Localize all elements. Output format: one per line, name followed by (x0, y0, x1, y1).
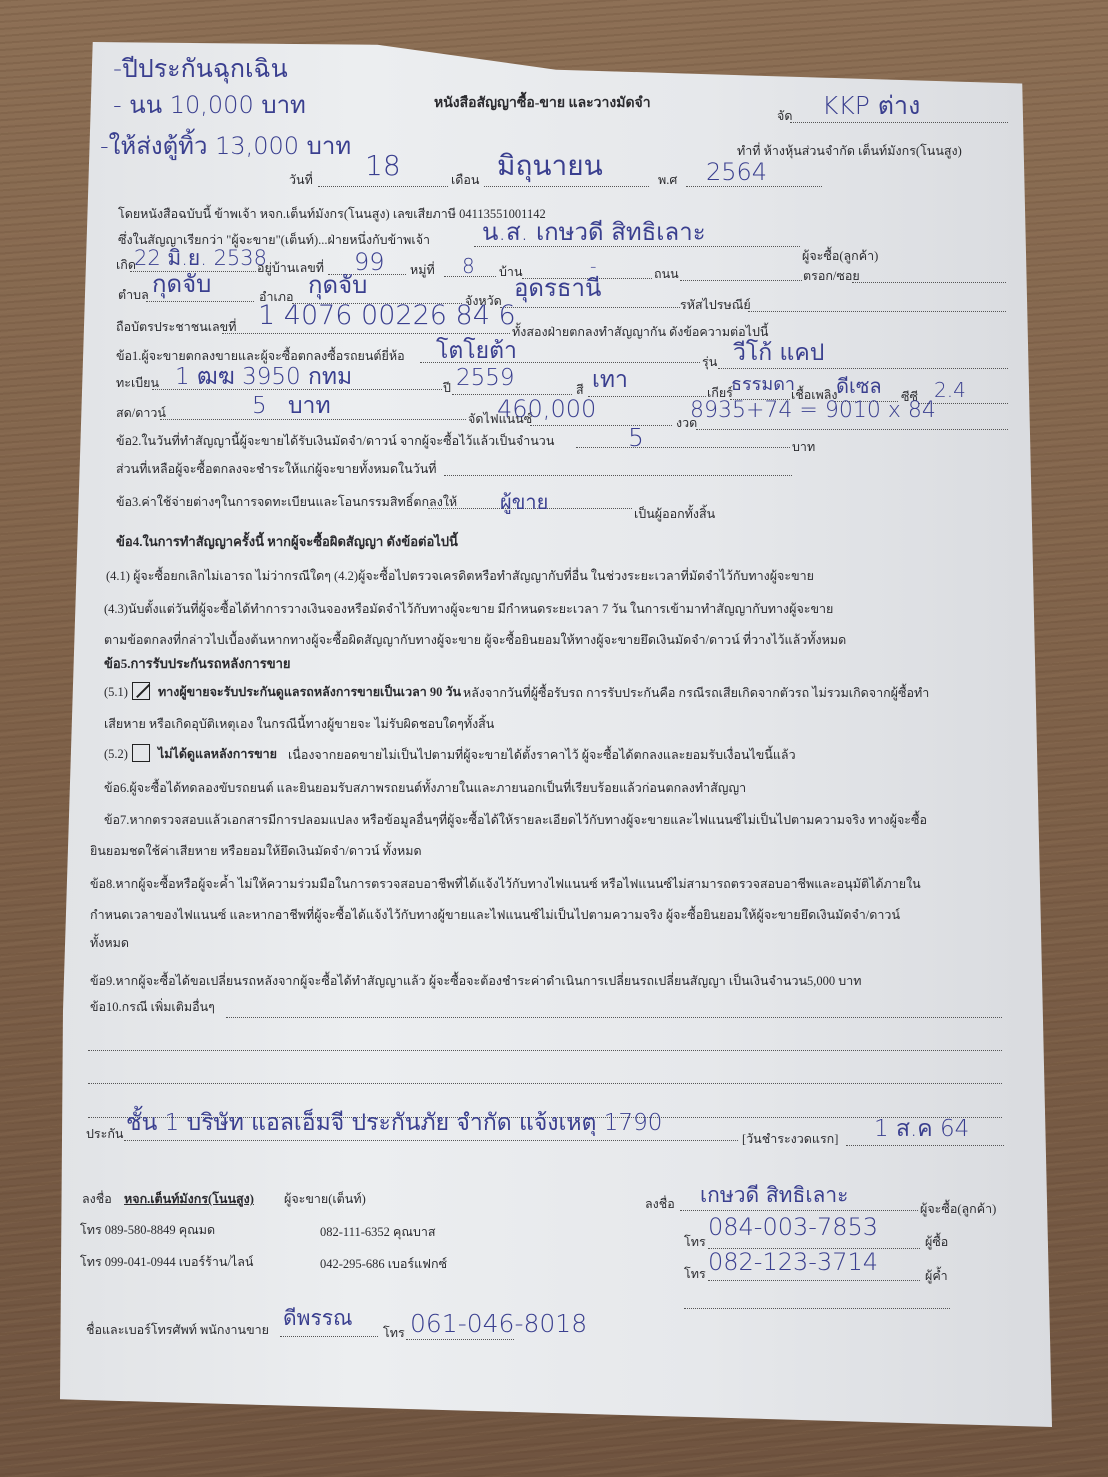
clause-4-3b: ตามข้อตกลงที่กล่าวไปเบื้องต้นหากทางผู้จะ… (104, 634, 846, 647)
buyer-phone-label: โทร (684, 1236, 706, 1249)
clause-8a: ข้อ8.หากผู้จะซื้อหรือผู้จะค้ำ ไม่ให้ความ… (90, 878, 921, 891)
id-label: ถือบัตรประชาชนเลขที่ (116, 321, 236, 334)
car-cc: 2.4 (934, 380, 966, 400)
first-payment-line (846, 1145, 1004, 1146)
agree-text: ทั้งสองฝ่ายตกลงทำสัญญากัน ดังข้อความต่อไ… (512, 326, 768, 339)
down-line (160, 419, 466, 420)
moo-label: หมู่ที่ (410, 264, 435, 277)
car-fuel: ดีเซล (836, 376, 882, 396)
staff-name-line (280, 1336, 378, 1337)
clause-10-line-2 (88, 1050, 1002, 1051)
finance-line (790, 122, 1008, 123)
buyer-sign-role: ผู้จะซื้อ(ลูกค้า) (920, 1203, 996, 1216)
margin-note-2: - นน 10,000 บาท (113, 93, 306, 117)
alley-line (852, 282, 1006, 283)
finance-label: จัด (777, 110, 792, 123)
car-gear: ธรรมดา (731, 376, 795, 394)
clause-8c: ทั้งหมด (90, 937, 129, 950)
clause-10: ข้อ10.กรณี เพิ่มเติมอื่นๆ (90, 1001, 215, 1014)
clause-5-2-bold: ไม่ได้ดูแลหลังการขาย (158, 748, 277, 761)
clause-3-suffix: เป็นผู้ออกทั้งสิ้น (634, 508, 715, 521)
deposit-amount: 5 (628, 425, 644, 450)
staff-phone-label: โทร (383, 1327, 405, 1340)
day-label: วันที่ (289, 174, 313, 187)
staff-phone-line (406, 1339, 514, 1340)
guarantor-phone-line (708, 1280, 920, 1281)
warranty-90-days-checkbox[interactable] (132, 682, 150, 700)
clause-4-1: (4.1) ผู้จะซื้อยกเลิกไม่เอารถ ไม่ว่ากรณี… (106, 570, 814, 583)
subdistrict-value: กุดจับ (152, 272, 211, 296)
buyer-sign-line (680, 1210, 918, 1211)
reg-label: ทะเบียน (116, 377, 159, 390)
seller-phone-1: โทร 089-580-8849 คุณมด (80, 1224, 215, 1237)
down-payment: 5 บาท (252, 395, 331, 418)
down-label: สด/ดาวน์ (116, 407, 166, 420)
deposit-line (576, 447, 790, 448)
clause-8b: กำหนดเวลาของไฟแนนซ์ และหากอาชีพที่ผู้จะซ… (90, 909, 900, 922)
color-line (588, 396, 706, 397)
seller-phone-2-extra: 042-295-686 เบอร์แฟกซ์ (320, 1258, 447, 1271)
car-year-label: ปี (443, 382, 451, 395)
road-label: ถนน (654, 268, 679, 281)
clause-7a: ข้อ7.หากตรวจสอบแล้วเอกสารมีการปลอมแปลง ห… (104, 814, 927, 827)
seller-name: หจก.เต็นท์มังกร(โนนสูง) (124, 1193, 254, 1206)
staff-name: ดีพรรณ (283, 1308, 353, 1329)
guarantor-phone-label: โทร (684, 1268, 706, 1281)
clause-10-line-3 (88, 1083, 1002, 1084)
margin-note-1: -ปีประกันฉุกเฉิน (113, 56, 288, 81)
clause-2-rest: ส่วนที่เหลือผู้จะซื้อตกลงจะชำระให้แก่ผู้… (116, 463, 437, 476)
seller-role: ผู้จะขาย(เต็นท์) (284, 1193, 366, 1206)
year-line (686, 186, 822, 187)
year-label: พ.ศ (658, 174, 677, 187)
birth-value: 22 มิ.ย. 2538 (134, 248, 267, 269)
buyer-phone: 084-003-7853 (708, 1215, 878, 1239)
clause-4-title: ข้อ4.ในการทำสัญญาครั้งนี้ หากผู้จะซื้อผิ… (116, 535, 458, 548)
clause-5-1-text2: เสียหาย หรือเกิดอุบัติเหตุเอง ในกรณีนี้ท… (104, 718, 494, 731)
clause-6: ข้อ6.ผู้จะซื้อได้ทดลองขับรถยนต์ และยินยอ… (104, 782, 746, 795)
car-color: เทา (592, 369, 628, 392)
clause-4-3a: (4.3)นับตั้งแต่วันที่ผู้จะซื้อได้ทำการวา… (104, 603, 833, 616)
id-line (222, 333, 510, 334)
day-value: 18 (365, 152, 401, 180)
car-brand: โตโยต้า (436, 340, 517, 363)
clause-3-text: ข้อ3.ค่าใช้จ่ายต่างๆในการจดทะเบียนและโอน… (116, 496, 457, 509)
clause-5-2-label: (5.2) (104, 748, 128, 761)
clause-1-label: ข้อ1.ผู้จะขายตกลงขายและผู้จะซื้อตกลงซื้อ… (116, 350, 405, 363)
insurance-line (124, 1140, 738, 1141)
district-value: กุดจับ (308, 273, 367, 297)
clause-9: ข้อ9.หากผู้จะซื้อได้ขอเปลี่ยนรถหลังจากผู… (90, 975, 861, 988)
model-label: รุ่น (702, 356, 717, 369)
province-line (500, 307, 680, 308)
car-registration: 1 ฒฆ 3950 กทม (175, 366, 352, 389)
province-value: อุดรธานี (514, 276, 601, 300)
buyer-role-label: ผู้จะซื้อ(ลูกค้า) (802, 250, 878, 263)
staff-label: ชื่อและเบอร์โทรศัพท์ พนักงานขาย (86, 1324, 269, 1337)
deposit-unit: บาท (792, 441, 815, 454)
clause-2-text: ข้อ2.ในวันที่ทำสัญญานี้ผู้จะขายได้รับเงิ… (116, 435, 554, 448)
clause-5-1-text: หลังจากวันที่ผู้ซื้อรับรถ การรับประกันคื… (463, 687, 929, 700)
first-payment-label: [วันชำระงวดแรก] (742, 1133, 838, 1146)
finance-amount-line (530, 425, 672, 426)
postcode-line (748, 311, 1006, 312)
staff-phone: 061-046-8018 (410, 1311, 587, 1336)
seller-phone-2: โทร 099-041-0944 เบอร์ร้าน/ไลน์ (80, 1256, 253, 1269)
car-year: 2559 (456, 367, 515, 390)
insurance-value: ชั้น 1 บริษัท แอลเอ็มจี ประกันภัย จำกัด … (126, 1112, 662, 1135)
subdistrict-line (146, 301, 254, 302)
buyer-sign-label: ลงชื่อ (645, 1198, 675, 1211)
fee-payer: ผู้ขาย (500, 492, 548, 512)
clause-5-1-bold: ทางผู้ขายจะรับประกันดูแลรถหลังการขายเป็น… (158, 686, 461, 699)
buyer-signature: เกษวดี สิทธิเลาะ (700, 1185, 848, 1206)
clause-10-line-1 (226, 1017, 1002, 1018)
month-value: มิถุนายน (497, 152, 603, 180)
buyer-name: น.ส. เกษวดี สิทธิเลาะ (482, 220, 706, 244)
moo-value: 8 (462, 256, 475, 276)
birth-label: เกิด (116, 259, 136, 272)
guarantor-phone: 082-123-3714 (708, 1250, 878, 1274)
first-payment-date: 1 ส.ค 64 (874, 1118, 969, 1141)
document-title: หนังสือสัญญาซื้อ-ขาย และวางมัดจำ (434, 97, 651, 111)
day-line (318, 186, 448, 187)
clause-5-1-label: (5.1) (104, 686, 128, 699)
year-value: 2564 (706, 160, 767, 184)
car-model: วีโก้ แคป (733, 342, 824, 365)
seller-sign-label: ลงชื่อ (82, 1193, 112, 1206)
place-label: ทำที่ ห้างหุ้นส่วนจำกัด เต็นท์มังกร(โนนส… (737, 145, 962, 158)
id-number: 1 4076 00226 84 6 (258, 302, 516, 329)
clause-7b: ยินยอมชดใช้ค่าเสียหาย หรือยอมให้ยึดเงินม… (90, 845, 422, 858)
installment-value: 8935+74 = 9010 x 84 (690, 400, 936, 422)
seller-phone-1-extra: 082-111-6352 คุณบาส (320, 1226, 436, 1239)
buyer-name-line (474, 246, 800, 247)
extra-sign-line (684, 1308, 950, 1309)
buyer-phone-role: ผู้ซื้อ (925, 1236, 948, 1249)
alley-label: ตรอก/ซอย (803, 270, 860, 283)
no-warranty-checkbox[interactable] (132, 744, 150, 762)
clause-5-title: ข้อ5.การรับประกันรถหลังการขาย (104, 657, 291, 670)
seller-clause: ซึ่งในสัญญาเรียกว่า "ผู้จะขาย"(เต็นท์)..… (118, 234, 430, 247)
road-line (680, 280, 802, 281)
subdistrict-label: ตำบล (118, 289, 149, 302)
model-line (718, 368, 1008, 369)
installment-line (696, 429, 1008, 430)
month-label: เดือน (451, 174, 479, 187)
finance-amount: 460,000 (497, 397, 596, 421)
month-line (484, 186, 649, 187)
finance-company: KKP ต่าง (822, 93, 920, 118)
margin-note-3: -ให้ส่งตู้ทิ้ว 13,000 บาท (100, 134, 351, 158)
insurance-label: ประกัน (86, 1128, 123, 1141)
clause-5-2-text: เนื่องจากยอดขายไม่เป็นไปตามที่ผู้จะขายได… (288, 749, 796, 762)
postcode-label: รหัสไปรษณีย์ (680, 299, 751, 312)
rest-date-line (444, 475, 792, 476)
guarantor-phone-role: ผู้ค้ำ (925, 1270, 948, 1283)
